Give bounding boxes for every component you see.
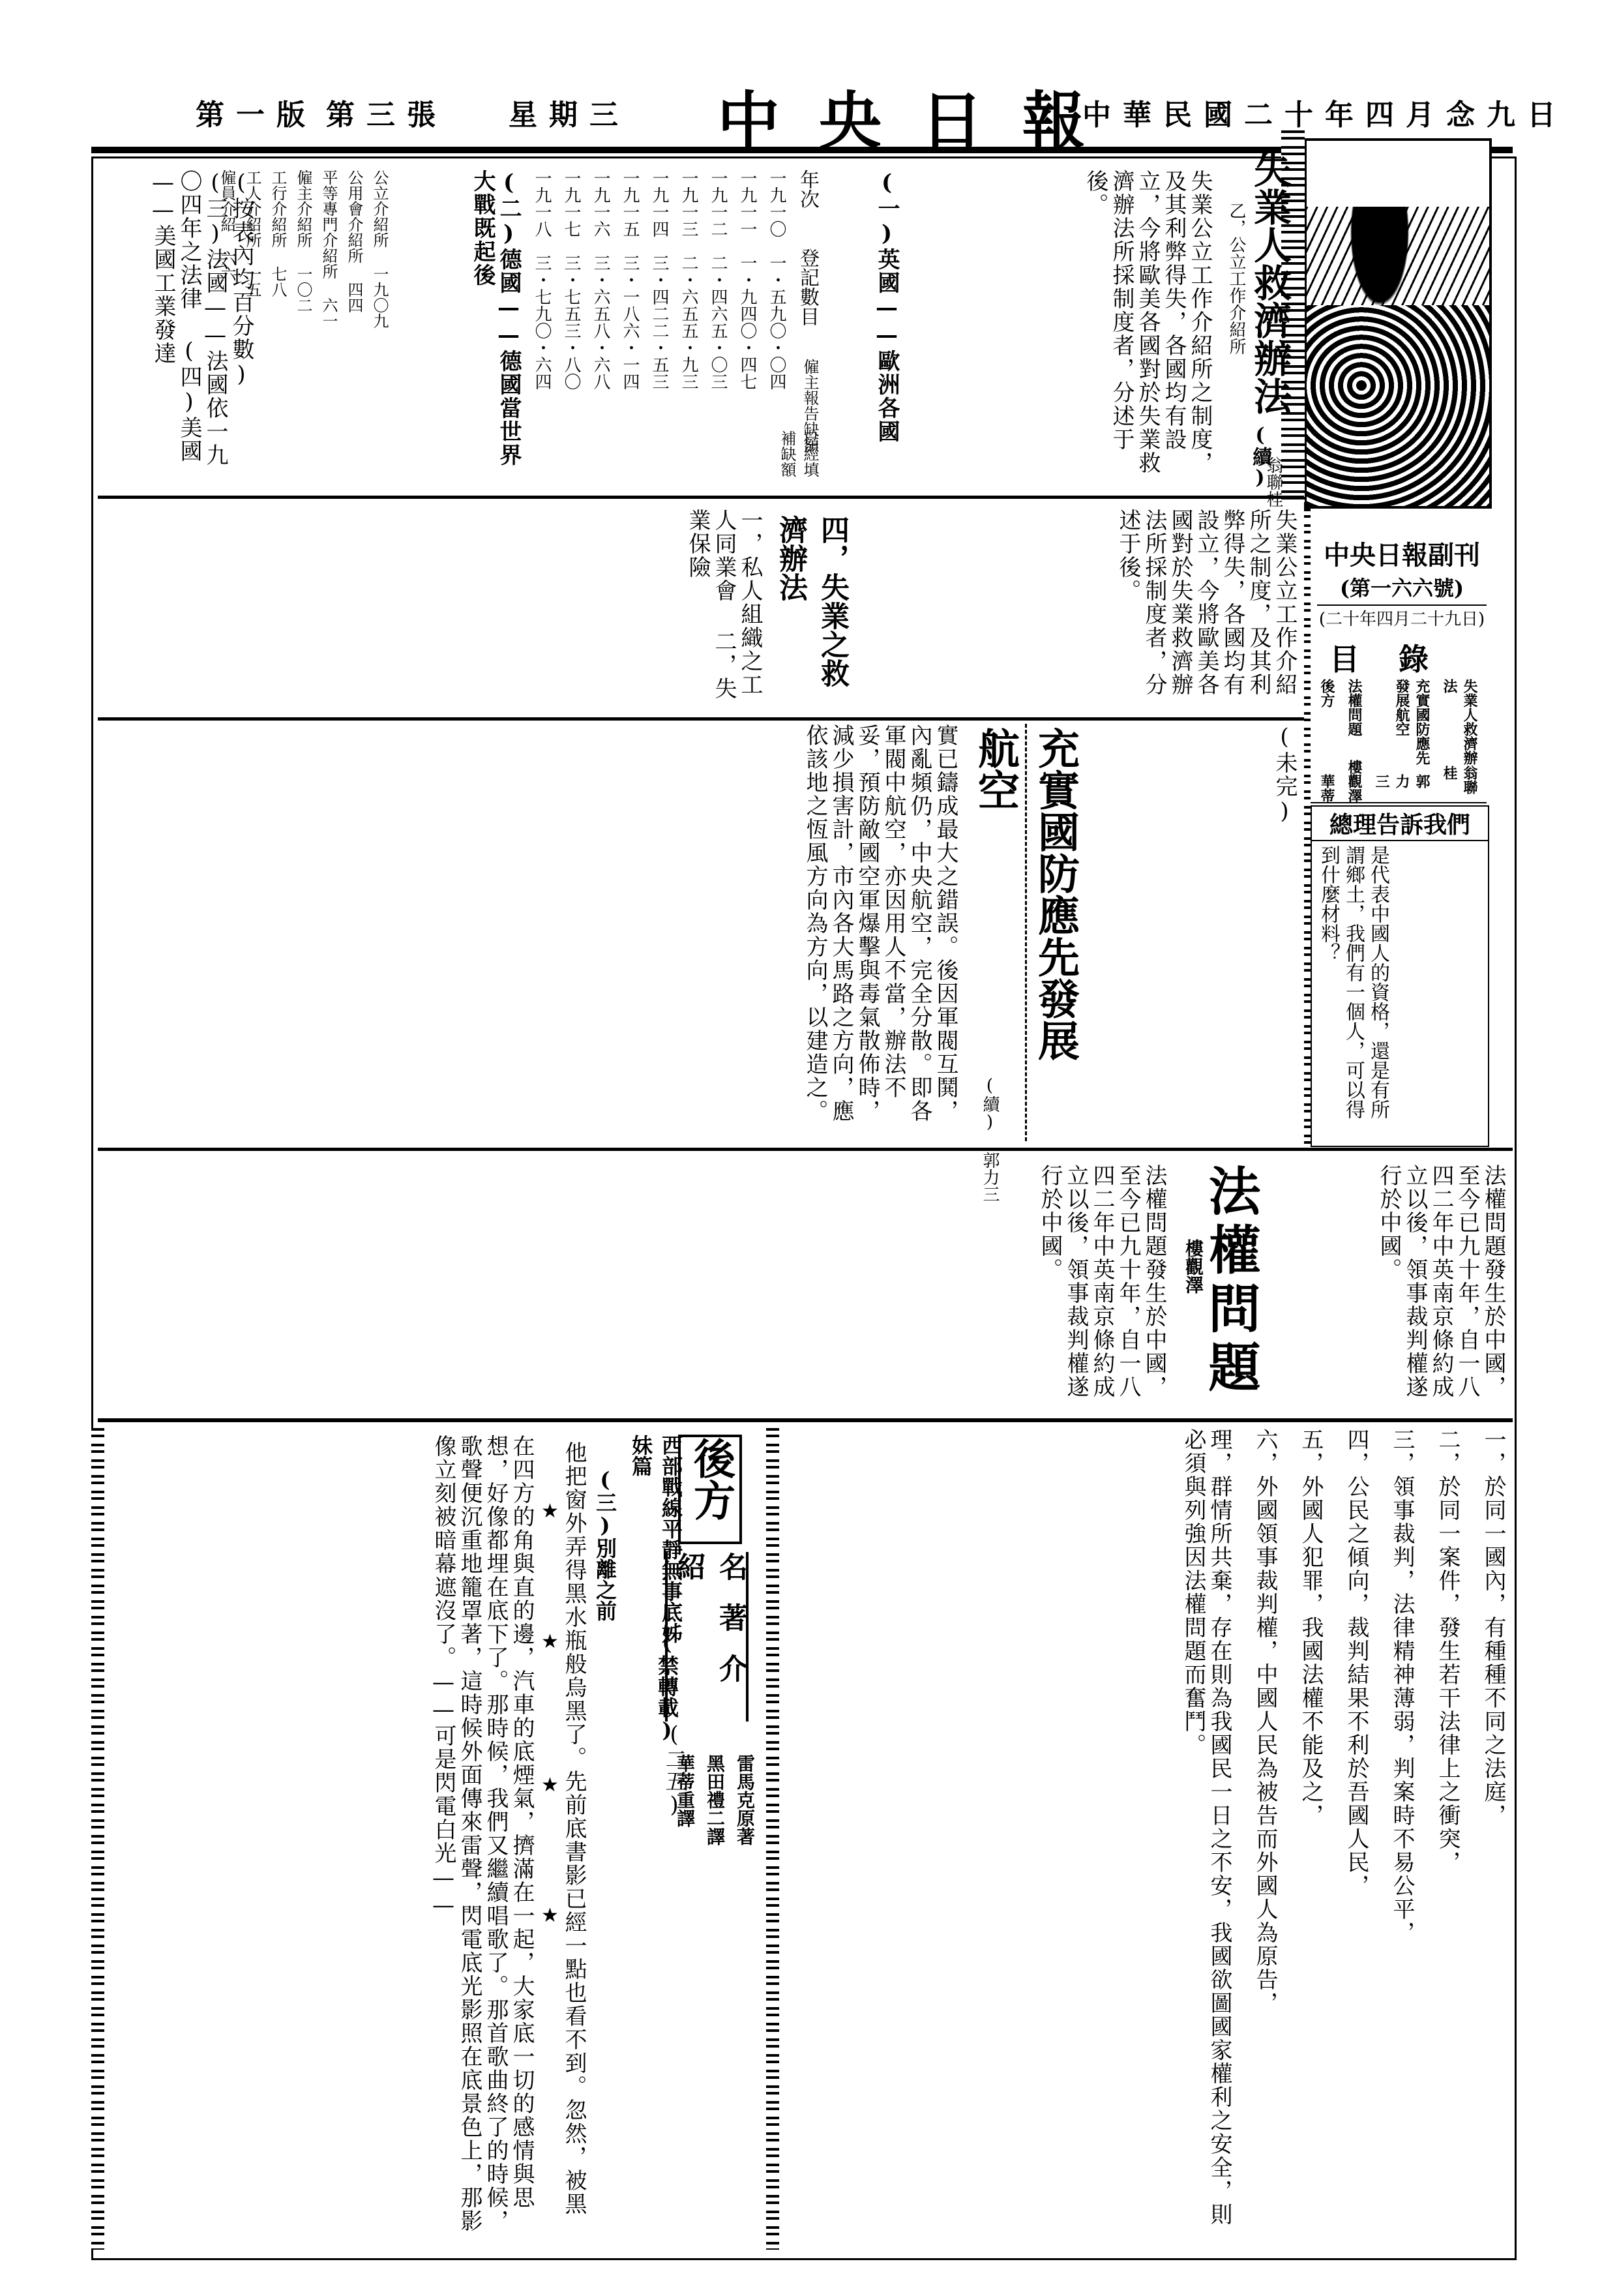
table-row: 公立介紹所 一九〇九 (368, 170, 391, 489)
table-row: 一九一八 三・七九〇・六四 (530, 170, 554, 390)
toc-item[interactable]: 充實國防應先發展航空郭力三 (1372, 679, 1432, 803)
table-row: 平等專門介紹所 六一 (318, 170, 340, 489)
section-divider (98, 717, 1304, 721)
section-divider (98, 1148, 1513, 1151)
subsection-england: (一)英國——歐洲各國 (828, 170, 900, 489)
point-item: 二，於同一案件，發生若干法律上之衝突， (1434, 1428, 1461, 2243)
table-header-filled: 已經填補缺額 (776, 430, 822, 489)
book-title-box: 後方 (678, 1435, 742, 1544)
supplement-title: 中央日報副刊 (1317, 535, 1487, 572)
point-item: 四，公民之傾向，裁判結果不利於吾國人民， (1343, 1428, 1369, 2243)
table-of-contents: 目錄 失業人救濟辦法翁聯桂 充實國防應先發展航空郭力三 法權問題樓觀澤 後方華蒂 (1311, 636, 1487, 803)
star-icon: ★ (541, 1500, 559, 1523)
end-note: (未完) (1271, 724, 1298, 826)
table-row: 工行介紹所 七八 (267, 170, 289, 489)
subtitle-unemployment: 乙，公立工作介紹所 (1224, 202, 1249, 355)
point-item: 六，外國領事裁判權，中國人民為被告而外國人為原告， (1252, 1428, 1278, 2243)
subsection-germany: (二)德國——德國當世界大戰既起後 (391, 170, 522, 489)
toc-item[interactable]: 失業人救濟辦法翁聯桂 (1440, 679, 1480, 803)
original-author: 雷馬克原著 (732, 1754, 758, 1845)
book-subtitle: 西部戰線平靜無事底姊妹篇 (626, 1435, 686, 1643)
star-icon: ★ (541, 1904, 559, 1927)
zigzag-border (91, 1428, 104, 2250)
issue-date: 中華民國二十年四月念九日 (1082, 91, 1567, 133)
illustration-crowd (1307, 305, 1489, 506)
table-header-registered: 登記數目 (793, 248, 822, 326)
author-unemployment: 翁聯桂 (1262, 456, 1286, 507)
article-body-aviation: 實已鑄成最大之錯誤。後因軍閥互鬨，內亂頻仍，中央航空，完全分散。即各軍閥中航空，… (98, 724, 958, 1141)
translator-1: 黑田禮二譯 (702, 1754, 728, 1845)
toc-list: 失業人救濟辦法翁聯桂 充實國防應先發展航空郭力三 法權問題樓觀澤 後方華蒂 (1311, 679, 1487, 803)
woodcut-illustration (1304, 138, 1492, 509)
book-title: 後方 (681, 1437, 741, 1521)
table-row: 一九一七 三・七五三・八〇 (559, 170, 584, 390)
sheet-number: 第三張 (326, 91, 447, 133)
article-title-aviation: 充實國防應先發展航空 (965, 727, 1085, 1092)
table-row: 一九一四 三・四二二・五三 (647, 170, 672, 390)
weekday: 星期三 (509, 91, 630, 133)
star-ornaments: ★ ★ ★ ★ (541, 1435, 561, 2243)
section-divider (98, 496, 1304, 499)
book-credits: 雷馬克原著 黑田禮二譯 華蒂重譯 (672, 1754, 758, 1845)
ornamental-border (1304, 509, 1311, 1148)
supplement-date: (二十年四月二十九日) (1317, 604, 1487, 630)
section-divider (98, 1418, 1513, 1422)
toc-item[interactable]: 後方華蒂 (1317, 679, 1337, 803)
closing-text: 理，群情所共棄，存在則為我國民一日之不安，我國欲圖國家權利之安全，則必須與列強因… (1180, 1428, 1232, 2243)
supplement-issue: (第一六六號) (1317, 572, 1487, 602)
table-row: 一九一二 二・四六五・〇三 (706, 170, 730, 390)
masthead: 第一版 第三張 星期三 中央日報 中華民國二十年四月念九日 (196, 78, 1434, 150)
page-number: 第一版 (196, 91, 317, 133)
toc-item[interactable]: 法權問題樓觀澤 (1344, 679, 1365, 803)
translator-2: 華蒂重譯 (672, 1754, 698, 1845)
illustration-sky (1307, 141, 1489, 207)
book-body-text: 在四方的角與直的邊，汽車的底煙氣，擠滿在一起，大家底一切的感情與思想，好像都埋在… (111, 1435, 535, 2243)
toc-heading: 目錄 (1311, 636, 1487, 679)
table-note: (按表內均百分數) (228, 170, 254, 389)
zongli-text: 是代表中國人的資格，還是有所謂鄉土，我們有一個人，可以得到什麼材料？ (1316, 845, 1390, 1119)
point-item: 五，外國人犯罪，我國法權不能及之， (1298, 1428, 1324, 2243)
point-item: 一，於同一國內，有種種不同之法庭， (1480, 1428, 1506, 2243)
table-header-year: 年次 (793, 170, 822, 209)
zongli-quote-box: 總理告訴我們 是代表中國人的資格，還是有所謂鄉土，我們有一個人，可以得到什麼材料… (1311, 805, 1489, 1147)
star-icon: ★ (541, 1630, 559, 1653)
book-lead-text: 他把窗外弄得黑水瓶般烏黑了。先前底書影已經一點也看不到。忽然，被黑暗包圍在四方的… (561, 1441, 587, 2224)
table-row: 一九一一 一・九四〇・四七 (735, 170, 760, 390)
france-agency-table: 公立介紹所 一九〇九 公用會介紹所 四四 平等專門介紹所 六一 僱主介紹所 一〇… (261, 170, 391, 489)
subsection-france: (按表內均百分數) (三)法國——法國依一九〇四年之法律 (四)美國——美國工業… (98, 170, 254, 489)
section-four-heading: 四，失業之救濟辦法 (769, 515, 853, 711)
star-icon: ★ (541, 1774, 559, 1797)
article-body-unemployment-2: 失業公立工作介紹所之制度，及其利弊得失，各國均有設立，今將歐美各國對於失業救濟辦… (815, 509, 1298, 711)
table-row: 一九一六 三・六五八・六八 (589, 170, 613, 390)
table-row: 一九一〇 一・五九〇・〇四 (765, 170, 789, 390)
zongli-heading: 總理告訴我們 (1312, 807, 1488, 841)
author-extraterritoriality: 樓觀澤 (1180, 1239, 1206, 1294)
extraterritoriality-points: 一，於同一國內，有種種不同之法庭， 二，於同一案件，發生若干法律上之衝突， 三，… (782, 1428, 1506, 2250)
table-row: 公用會介紹所 四四 (343, 170, 366, 489)
table-row: 一九一三 二・六五五・九三 (677, 170, 701, 390)
point-item: 三，領事裁判，法律精神薄弱，判案時不易公平， (1389, 1428, 1415, 2243)
zigzag-border (766, 1428, 779, 2250)
table-row: 僱主介紹所 一〇二 (292, 170, 315, 489)
registration-table: 年次 登記數目 僱主報告缺額 已經填補缺額 一九一〇 一・五九〇・〇四 一九一一… (522, 170, 822, 489)
chapter-heading: (三)別離之前 (590, 1467, 620, 1621)
article-body-extraterritoriality-1: 法權問題發生於中國，至今已九十年，自一八四二年中英南京條約成立以後，領事裁判權遂… (98, 1164, 1167, 1412)
article-lead-extraterritoriality: 法權問題發生於中國，至今已九十年，自一八四二年中英南京條約成立以後，領事裁判權遂… (1258, 1164, 1506, 1412)
article-body-unemployment-3: 一，私人組織之工人同業會 二，失業保險 (98, 509, 763, 711)
supplement-box: 中央日報副刊 (第一六六號) (二十年四月二十九日) (1317, 535, 1487, 633)
table-row: 一九一五 三・一八六・一四 (618, 170, 642, 390)
article-title-extraterritoriality: 法權問題 (1193, 1164, 1268, 1457)
article-body-unemployment-1: 失業公立工作介紹所之制度，及其利弊得失，各國均有設立，今將歐美各國對於失業救濟辦… (900, 170, 1213, 489)
